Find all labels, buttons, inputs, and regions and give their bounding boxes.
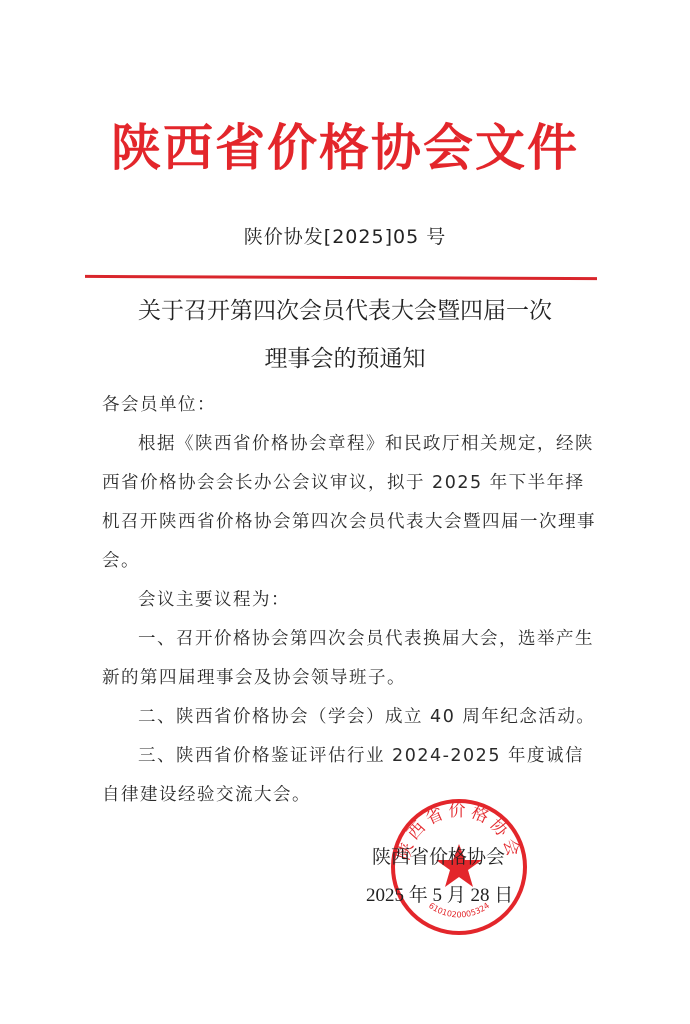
salutation: 各会员单位： [102,386,602,425]
signature-date: 2025 年 5 月 28 日 [366,880,513,907]
document-number: 陕价协发[2025]05 号 [0,222,690,249]
agenda-intro: 会议主要议程为： [102,581,602,620]
agenda-item-2: 二、陕西省价格协会（学会）成立 40 周年纪念活动。 [102,698,602,737]
notice-title-line1: 关于召开第四次会员代表大会暨四届一次 [0,292,690,325]
red-divider-line [85,275,597,280]
agenda-item-1: 一、召开价格协会第四次会员代表换届大会，选举产生新的第四届理事会及协会领导班子。 [102,620,602,698]
notice-title-line2: 理事会的预通知 [0,340,690,373]
body-paragraph-1: 根据《陕西省价格协会章程》和民政厅相关规定，经陕西省价格协会会长办公会议审议，拟… [102,425,602,581]
masthead-title: 陕西省价格协会文件 [0,108,690,180]
signature-organization: 陕西省价格协会 [372,842,505,869]
